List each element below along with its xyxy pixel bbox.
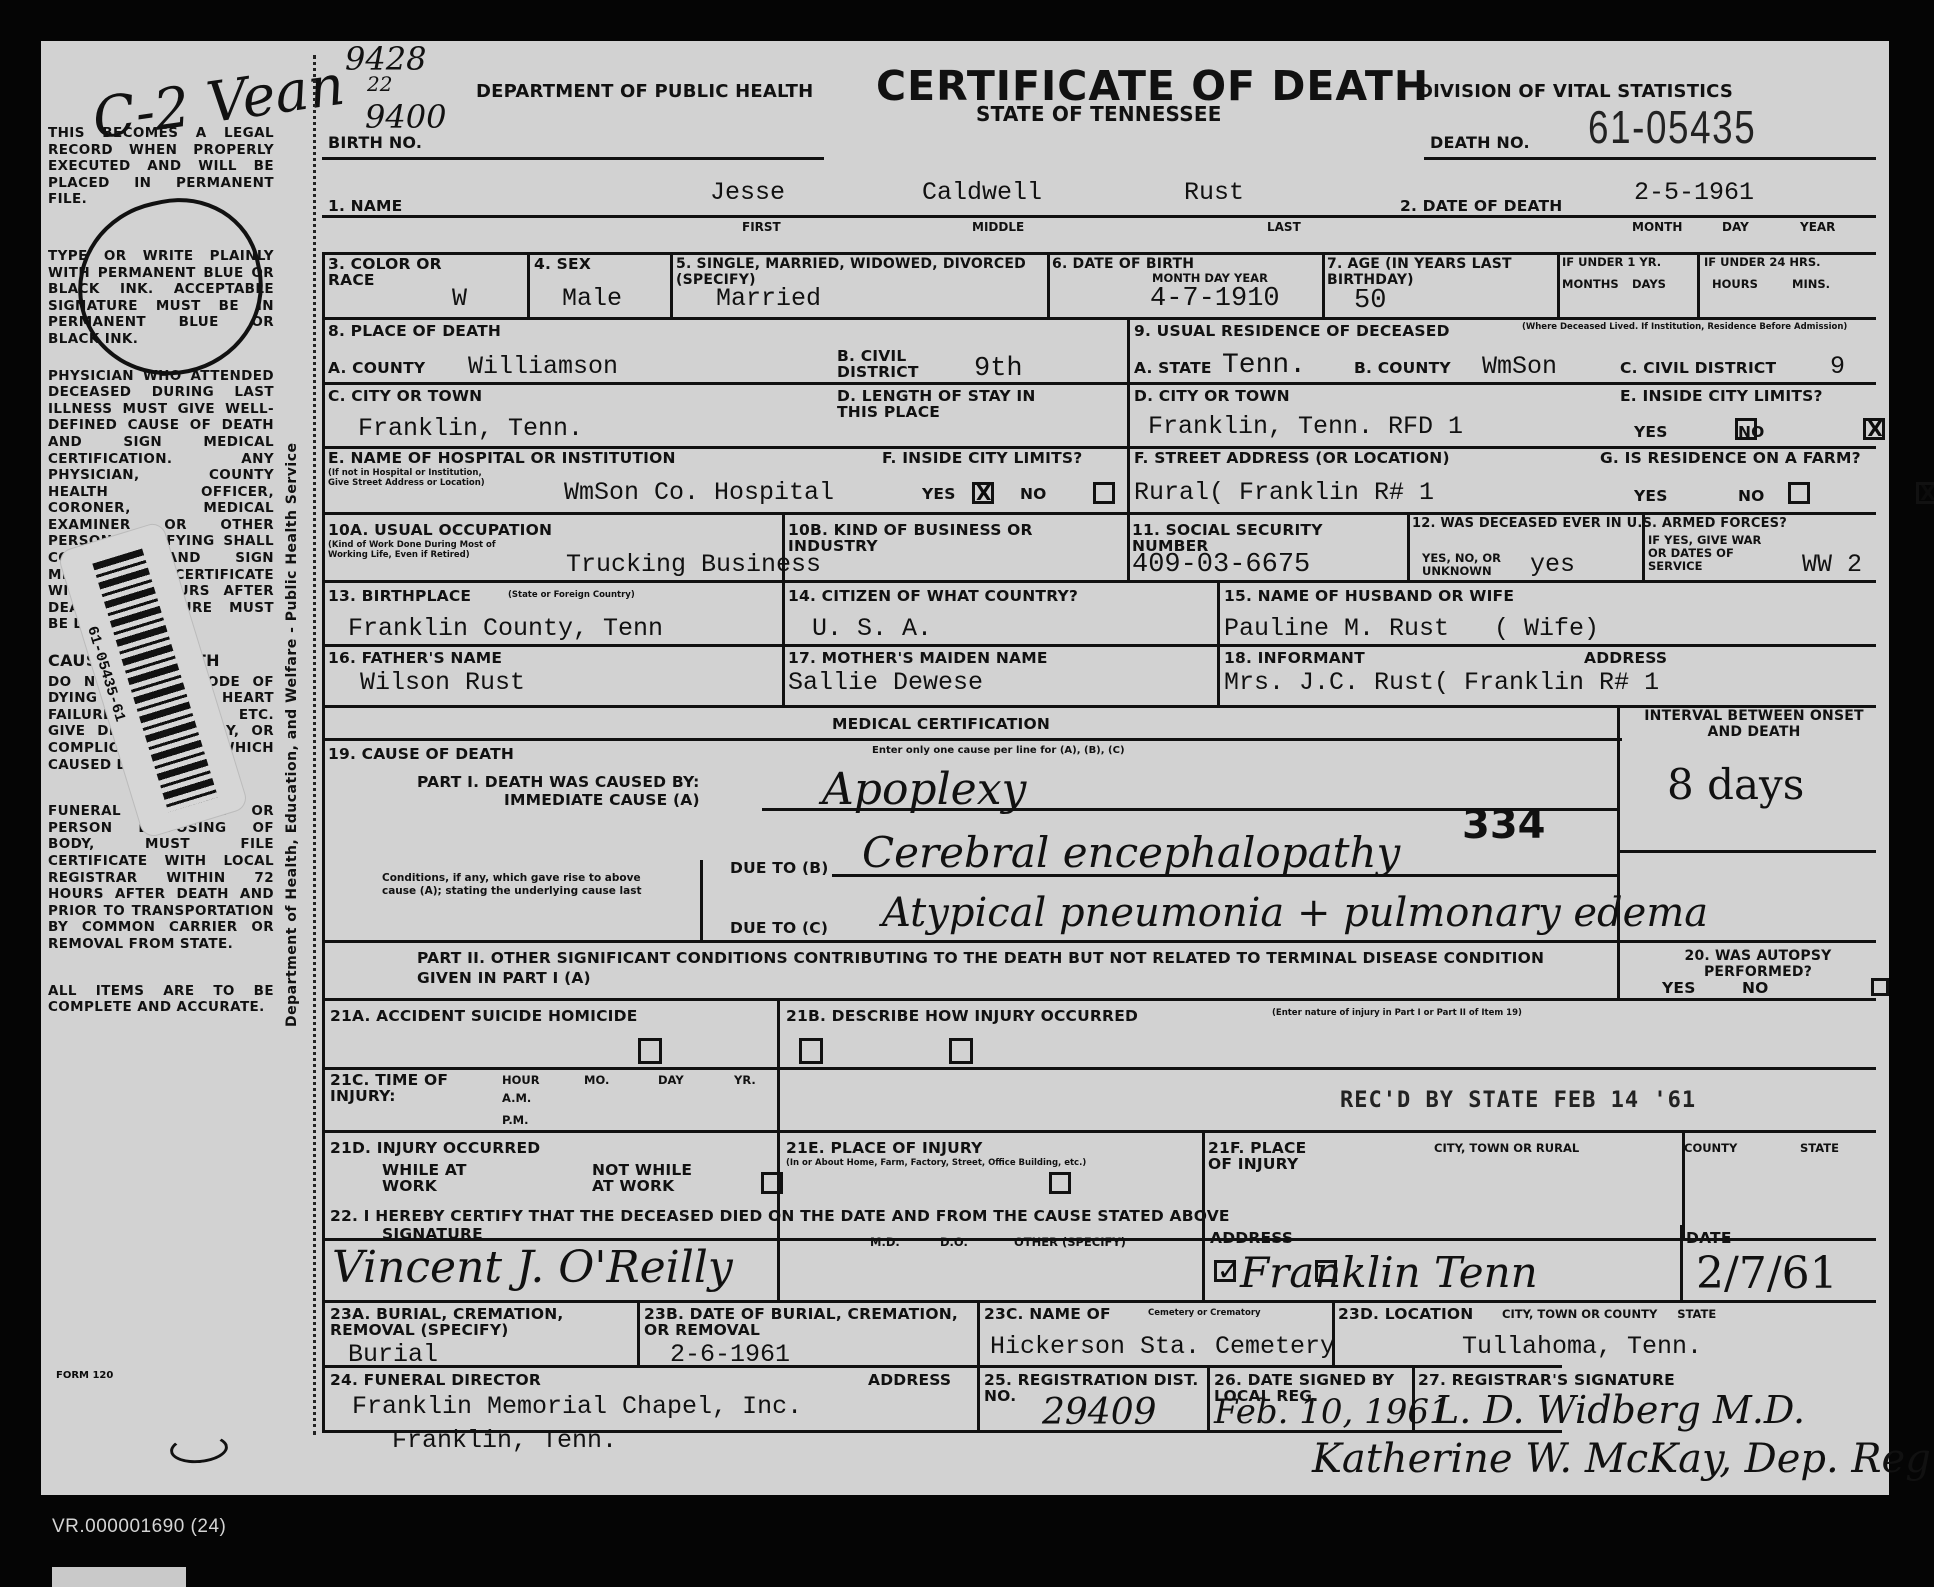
death-no-label: DEATH NO. — [1430, 135, 1530, 151]
location-value: Tullahoma, Tenn. — [1462, 1332, 1702, 1361]
inside-city-limits-label: F. INSIDE CITY LIMITS? — [882, 450, 1082, 466]
length-of-stay-label: D. LENGTH OF STAY IN THIS PLACE — [837, 388, 1067, 420]
res-city-value: Franklin, Tenn. RFD 1 — [1148, 412, 1463, 441]
burial-date-label: 23B. DATE OF BURIAL, CREMATION, OR REMOV… — [644, 1306, 964, 1338]
immediate-cause-value: Apoplexy — [822, 764, 1026, 815]
dob-value: 4-7-1910 — [1150, 284, 1280, 314]
res-inside-no-checkbox[interactable] — [1863, 418, 1885, 440]
birthplace-value: Franklin County, Tenn — [348, 614, 663, 643]
date-of-death-label: 2. DATE OF DEATH — [1400, 198, 1562, 214]
sex-value: Male — [562, 284, 622, 313]
physician-signature: Vincent J. O'Reilly — [332, 1242, 733, 1293]
hospital-note: (If not in Hospital or Institution, Give… — [328, 468, 498, 488]
hours-label: HOURS — [1712, 278, 1758, 291]
am-label: A.M. — [502, 1092, 531, 1105]
name-label: 1. NAME — [328, 198, 402, 214]
death-number: 61-05435 — [1588, 100, 1756, 154]
funeral-address-value: Franklin, Tenn. — [392, 1426, 617, 1455]
residence-label: 9. USUAL RESIDENCE OF DECEASED — [1134, 323, 1450, 339]
time-of-injury-label: 21C. TIME OF INJURY: — [330, 1072, 450, 1104]
inside-limits-yes-checkbox[interactable] — [972, 482, 994, 504]
accident-checkbox[interactable] — [638, 1038, 662, 1064]
res-state-label: A. STATE — [1134, 360, 1212, 376]
not-while-at-work-label: NOT WHILE AT WORK — [592, 1162, 712, 1194]
mo-label: MO. — [584, 1074, 609, 1087]
res-inside-limits-label: E. INSIDE CITY LIMITS? — [1620, 388, 1823, 404]
res-state-value: Tenn. — [1222, 350, 1306, 381]
place-of-injury-note: (In or About Home, Farm, Factory, Street… — [786, 1158, 1196, 1168]
autopsy-no-label: NO — [1742, 980, 1769, 996]
cert-date-label: DATE — [1686, 1230, 1732, 1246]
homicide-checkbox[interactable] — [949, 1038, 973, 1064]
date-signed-value: Feb. 10, 1961 — [1214, 1392, 1451, 1432]
write-plainly-note: Type or write plainly with permanent blu… — [48, 248, 274, 348]
legal-record-note: This becomes a legal record when properl… — [48, 125, 274, 208]
pm-label: P.M. — [502, 1114, 529, 1127]
location-note: CITY, TOWN OR COUNTY STATE — [1502, 1308, 1716, 1321]
cemetery-label: 23C. NAME OF — [984, 1306, 1111, 1322]
civil-district-label: B. CIVIL DISTRICT — [837, 348, 957, 380]
city-town-label: C. CITY OR TOWN — [328, 388, 482, 404]
res-inside-no-label: NO — [1738, 424, 1765, 440]
mins-label: MINS. — [1792, 278, 1830, 291]
under-24hrs-label: IF UNDER 24 HRS. — [1704, 256, 1821, 269]
registrar-signature-label: 27. REGISTRAR'S SIGNATURE — [1418, 1372, 1675, 1388]
age-label: 7. AGE (IN YEARS LAST BIRTHDAY) — [1327, 256, 1555, 288]
due-to-c-value: Atypical pneumonia + pulmonary edema — [882, 890, 1708, 936]
due-to-b-value: Cerebral encephalopathy — [862, 828, 1400, 877]
civil-district-value: 9th — [974, 354, 1023, 384]
birth-no-note-3: 9400 — [365, 98, 446, 136]
funeral-address-label: ADDRESS — [868, 1372, 951, 1388]
cert-address-value: Franklin Tenn — [1240, 1248, 1538, 1297]
part1-label: PART I. DEATH WAS CAUSED BY: — [417, 774, 699, 790]
res-street-value: Rural( Franklin R# 1 — [1134, 478, 1434, 507]
months-label: MONTHS — [1562, 278, 1619, 291]
received-stamp: REC'D BY STATE FEB 14 '61 — [1340, 1088, 1696, 1113]
informant-label: 18. INFORMANT — [1224, 650, 1365, 666]
record-id: VR.000001690 (24) — [52, 1516, 226, 1538]
occupation-value: Trucking Business — [566, 550, 821, 579]
suicide-checkbox[interactable] — [799, 1038, 823, 1064]
last-label: LAST — [1267, 222, 1301, 232]
registrar-signature: L. D. Widberg M.D. — [1434, 1388, 1805, 1432]
interval-line-b — [1617, 850, 1876, 853]
occupation-note: (Kind of Work Done During Most of Workin… — [328, 540, 498, 560]
month-label: MONTH — [1632, 222, 1682, 232]
mother-label: 17. MOTHER'S MAIDEN NAME — [788, 650, 1048, 666]
certificate-form: 1. NAME Jesse Caldwell Rust FIRST MIDDLE… — [322, 160, 1876, 1435]
res-county-label: B. COUNTY — [1354, 360, 1451, 376]
county-value: Williamson — [468, 352, 618, 381]
day-label: DAY — [1722, 222, 1749, 232]
injury-state-label: STATE — [1800, 1142, 1839, 1155]
division-heading: DIVISION OF VITAL STATISTICS — [1418, 84, 1733, 100]
form-number: FORM 120 — [56, 1370, 113, 1381]
autopsy-yes-label: YES — [1662, 980, 1696, 996]
res-civil-label: C. CIVIL DISTRICT — [1620, 360, 1776, 376]
farm-yes-checkbox[interactable] — [1788, 482, 1810, 504]
mother-value: Sallie Dewese — [788, 668, 983, 697]
while-at-work-label: WHILE AT WORK — [382, 1162, 472, 1194]
inside-limits-yes-label: YES — [922, 486, 956, 502]
part2-label: PART II. OTHER SIGNIFICANT CONDITIONS CO… — [417, 948, 1567, 988]
describe-injury-note: (Enter nature of injury in Part I or Par… — [1272, 1008, 1522, 1018]
perforation-line — [313, 55, 316, 1435]
cert-date-value: 2/7/61 — [1696, 1248, 1838, 1299]
birth-no-label: BIRTH NO. — [328, 135, 422, 151]
interval-label: INTERVAL BETWEEN ONSET AND DEATH — [1634, 708, 1874, 740]
footer-swatch — [52, 1567, 186, 1587]
war-label: IF YES, GIVE WAR OR DATES OF SERVICE — [1648, 534, 1768, 573]
conditions-note: Conditions, if any, which gave rise to a… — [382, 872, 672, 898]
hour-label: HOUR — [502, 1074, 540, 1087]
immediate-cause-label: IMMEDIATE CAUSE (A) — [504, 792, 700, 808]
injury-type-label: 21A. ACCIDENT SUICIDE HOMICIDE — [330, 1008, 638, 1024]
deputy-signature: Katherine W. McKay, Dep. Reg. — [1312, 1436, 1934, 1482]
inside-limits-no-label: NO — [1020, 486, 1047, 502]
icd-code: 334 — [1462, 802, 1546, 848]
hospital-label: E. NAME OF HOSPITAL OR INSTITUTION — [328, 450, 676, 466]
city-town-value: Franklin, Tenn. — [358, 414, 583, 443]
registration-dist-value: 29409 — [1042, 1392, 1157, 1433]
birth-no-note-2: 22 — [367, 72, 392, 96]
birthplace-label: 13. BIRTHPLACE — [328, 588, 471, 604]
interval-value: 8 days — [1667, 760, 1804, 809]
farm-yes-label: YES — [1634, 488, 1668, 504]
due-to-b-label: DUE TO (B) — [730, 860, 829, 876]
armed-forces-yn-label: YES, NO, OR UNKNOWN — [1422, 552, 1532, 578]
occupation-label: 10A. USUAL OCCUPATION — [328, 522, 552, 538]
place-of-injury-f-label: 21F. PLACE OF INJURY — [1208, 1140, 1308, 1172]
first-name: Jesse — [710, 178, 785, 207]
first-label: FIRST — [742, 222, 781, 232]
state-heading: STATE OF TENNESSEE — [976, 106, 1222, 122]
date-of-death: 2-5-1961 — [1634, 178, 1754, 207]
spouse-label: 15. NAME OF HUSBAND OR WIFE — [1224, 588, 1514, 604]
days-label: DAYS — [1632, 278, 1666, 291]
dob-label: 6. DATE OF BIRTH — [1052, 256, 1194, 272]
autopsy-label: 20. WAS AUTOPSY PERFORMED? — [1640, 948, 1876, 980]
father-label: 16. FATHER'S NAME — [328, 650, 502, 666]
medical-heading: MEDICAL CERTIFICATION — [832, 716, 1050, 732]
autopsy-yes-checkbox[interactable] — [1871, 978, 1889, 996]
md-label: M.D. — [870, 1236, 900, 1249]
color-race-value: W — [452, 284, 467, 313]
cert-address-label: ADDRESS — [1210, 1230, 1293, 1246]
burial-method-value: Burial — [348, 1340, 438, 1369]
under-1yr-label: IF UNDER 1 YR. — [1562, 256, 1661, 269]
res-inside-yes-label: YES — [1634, 424, 1668, 440]
birthplace-note: (State or Foreign Country) — [508, 590, 635, 600]
cause-instruction: Enter only one cause per line for (A), (… — [872, 746, 1125, 756]
father-value: Wilson Rust — [360, 668, 525, 697]
farm-no-label: NO — [1738, 488, 1765, 504]
cause-of-death-label: 19. CAUSE OF DEATH — [328, 746, 514, 762]
inside-limits-no-checkbox[interactable] — [1093, 482, 1115, 504]
spouse-value: Pauline M. Rust ( Wife) — [1224, 614, 1599, 643]
burial-method-label: 23A. BURIAL, CREMATION, REMOVAL (SPECIFY… — [330, 1306, 630, 1338]
industry-label: 10B. KIND OF BUSINESS OR INDUSTRY — [788, 522, 1088, 554]
citizen-label: 14. CITIZEN OF WHAT COUNTRY? — [788, 588, 1078, 604]
while-at-work-checkbox[interactable] — [761, 1172, 783, 1194]
md-checkbox[interactable] — [1214, 1260, 1236, 1282]
day-label-injury: DAY — [658, 1074, 684, 1087]
funeral-director-value: Franklin Memorial Chapel, Inc. — [352, 1392, 802, 1421]
year-label: YEAR — [1800, 222, 1835, 232]
color-race-label: 3. COLOR OR RACE — [328, 256, 448, 288]
res-city-label: D. CITY OR TOWN — [1134, 388, 1290, 404]
burial-date-value: 2-6-1961 — [670, 1340, 790, 1369]
department-heading: DEPARTMENT OF PUBLIC HEALTH — [476, 84, 813, 100]
farm-label: G. IS RESIDENCE ON A FARM? — [1600, 450, 1861, 466]
ssn-value: 409-03-6675 — [1132, 550, 1310, 580]
residence-note: (Where Deceased Lived. If Institution, R… — [1522, 322, 1872, 332]
citizen-value: U. S. A. — [812, 614, 932, 643]
location-label: 23D. LOCATION — [1338, 1306, 1473, 1322]
middle-name: Caldwell — [922, 178, 1042, 207]
marital-value: Married — [716, 284, 821, 313]
yr-label: YR. — [734, 1074, 756, 1087]
res-civil-value: 9 — [1830, 352, 1845, 381]
war-value: WW 2 — [1802, 550, 1862, 579]
county-label: A. COUNTY — [328, 360, 425, 376]
res-street-label: F. STREET ADDRESS (OR LOCATION) — [1134, 450, 1450, 466]
injury-county-label: COUNTY — [1684, 1142, 1737, 1155]
farm-no-checkbox[interactable] — [1916, 482, 1934, 504]
describe-injury-label: 21B. DESCRIBE HOW INJURY OCCURRED — [786, 1008, 1138, 1024]
injury-occurred-label: 21D. INJURY OCCURRED — [330, 1140, 540, 1156]
last-name: Rust — [1184, 178, 1244, 207]
bracket-line — [700, 860, 703, 940]
informant-value: Mrs. J.C. Rust( Franklin R# 1 — [1224, 668, 1659, 697]
middle-label: MIDDLE — [972, 222, 1024, 232]
department-vertical-band: Department of Health, Education, and Wel… — [284, 355, 306, 1115]
due-to-c-label: DUE TO (C) — [730, 920, 828, 936]
certify-label: 22. I HEREBY CERTIFY THAT THE DECEASED D… — [330, 1208, 1230, 1224]
all-items-note: All items are to be complete and accurat… — [48, 983, 274, 1016]
res-county-value: WmSon — [1482, 352, 1557, 381]
hospital-value: WmSon Co. Hospital — [564, 478, 834, 507]
armed-forces-label: 12. WAS DECEASED EVER IN U.S. ARMED FORC… — [1412, 516, 1787, 532]
armed-forces-value: yes — [1530, 550, 1575, 579]
cemetery-note: Cemetery or Crematory — [1148, 1308, 1261, 1318]
age-value: 50 — [1354, 286, 1386, 316]
other-specify-label: OTHER (SPECIFY) — [1014, 1236, 1126, 1249]
do-label: D.O. — [940, 1236, 968, 1249]
not-while-at-work-checkbox[interactable] — [1049, 1172, 1071, 1194]
sex-label: 4. SEX — [534, 256, 591, 272]
cemetery-value: Hickerson Sta. Cemetery — [990, 1332, 1335, 1361]
funeral-director-label: 24. FUNERAL DIRECTOR — [330, 1372, 541, 1388]
signature-label: SIGNATURE — [382, 1226, 483, 1242]
place-of-injury-label: 21E. PLACE OF INJURY — [786, 1140, 983, 1156]
informant-address-label: ADDRESS — [1584, 650, 1667, 666]
city-town-rural-label: CITY, TOWN OR RURAL — [1434, 1142, 1579, 1155]
place-of-death-label: 8. PLACE OF DEATH — [328, 323, 501, 339]
